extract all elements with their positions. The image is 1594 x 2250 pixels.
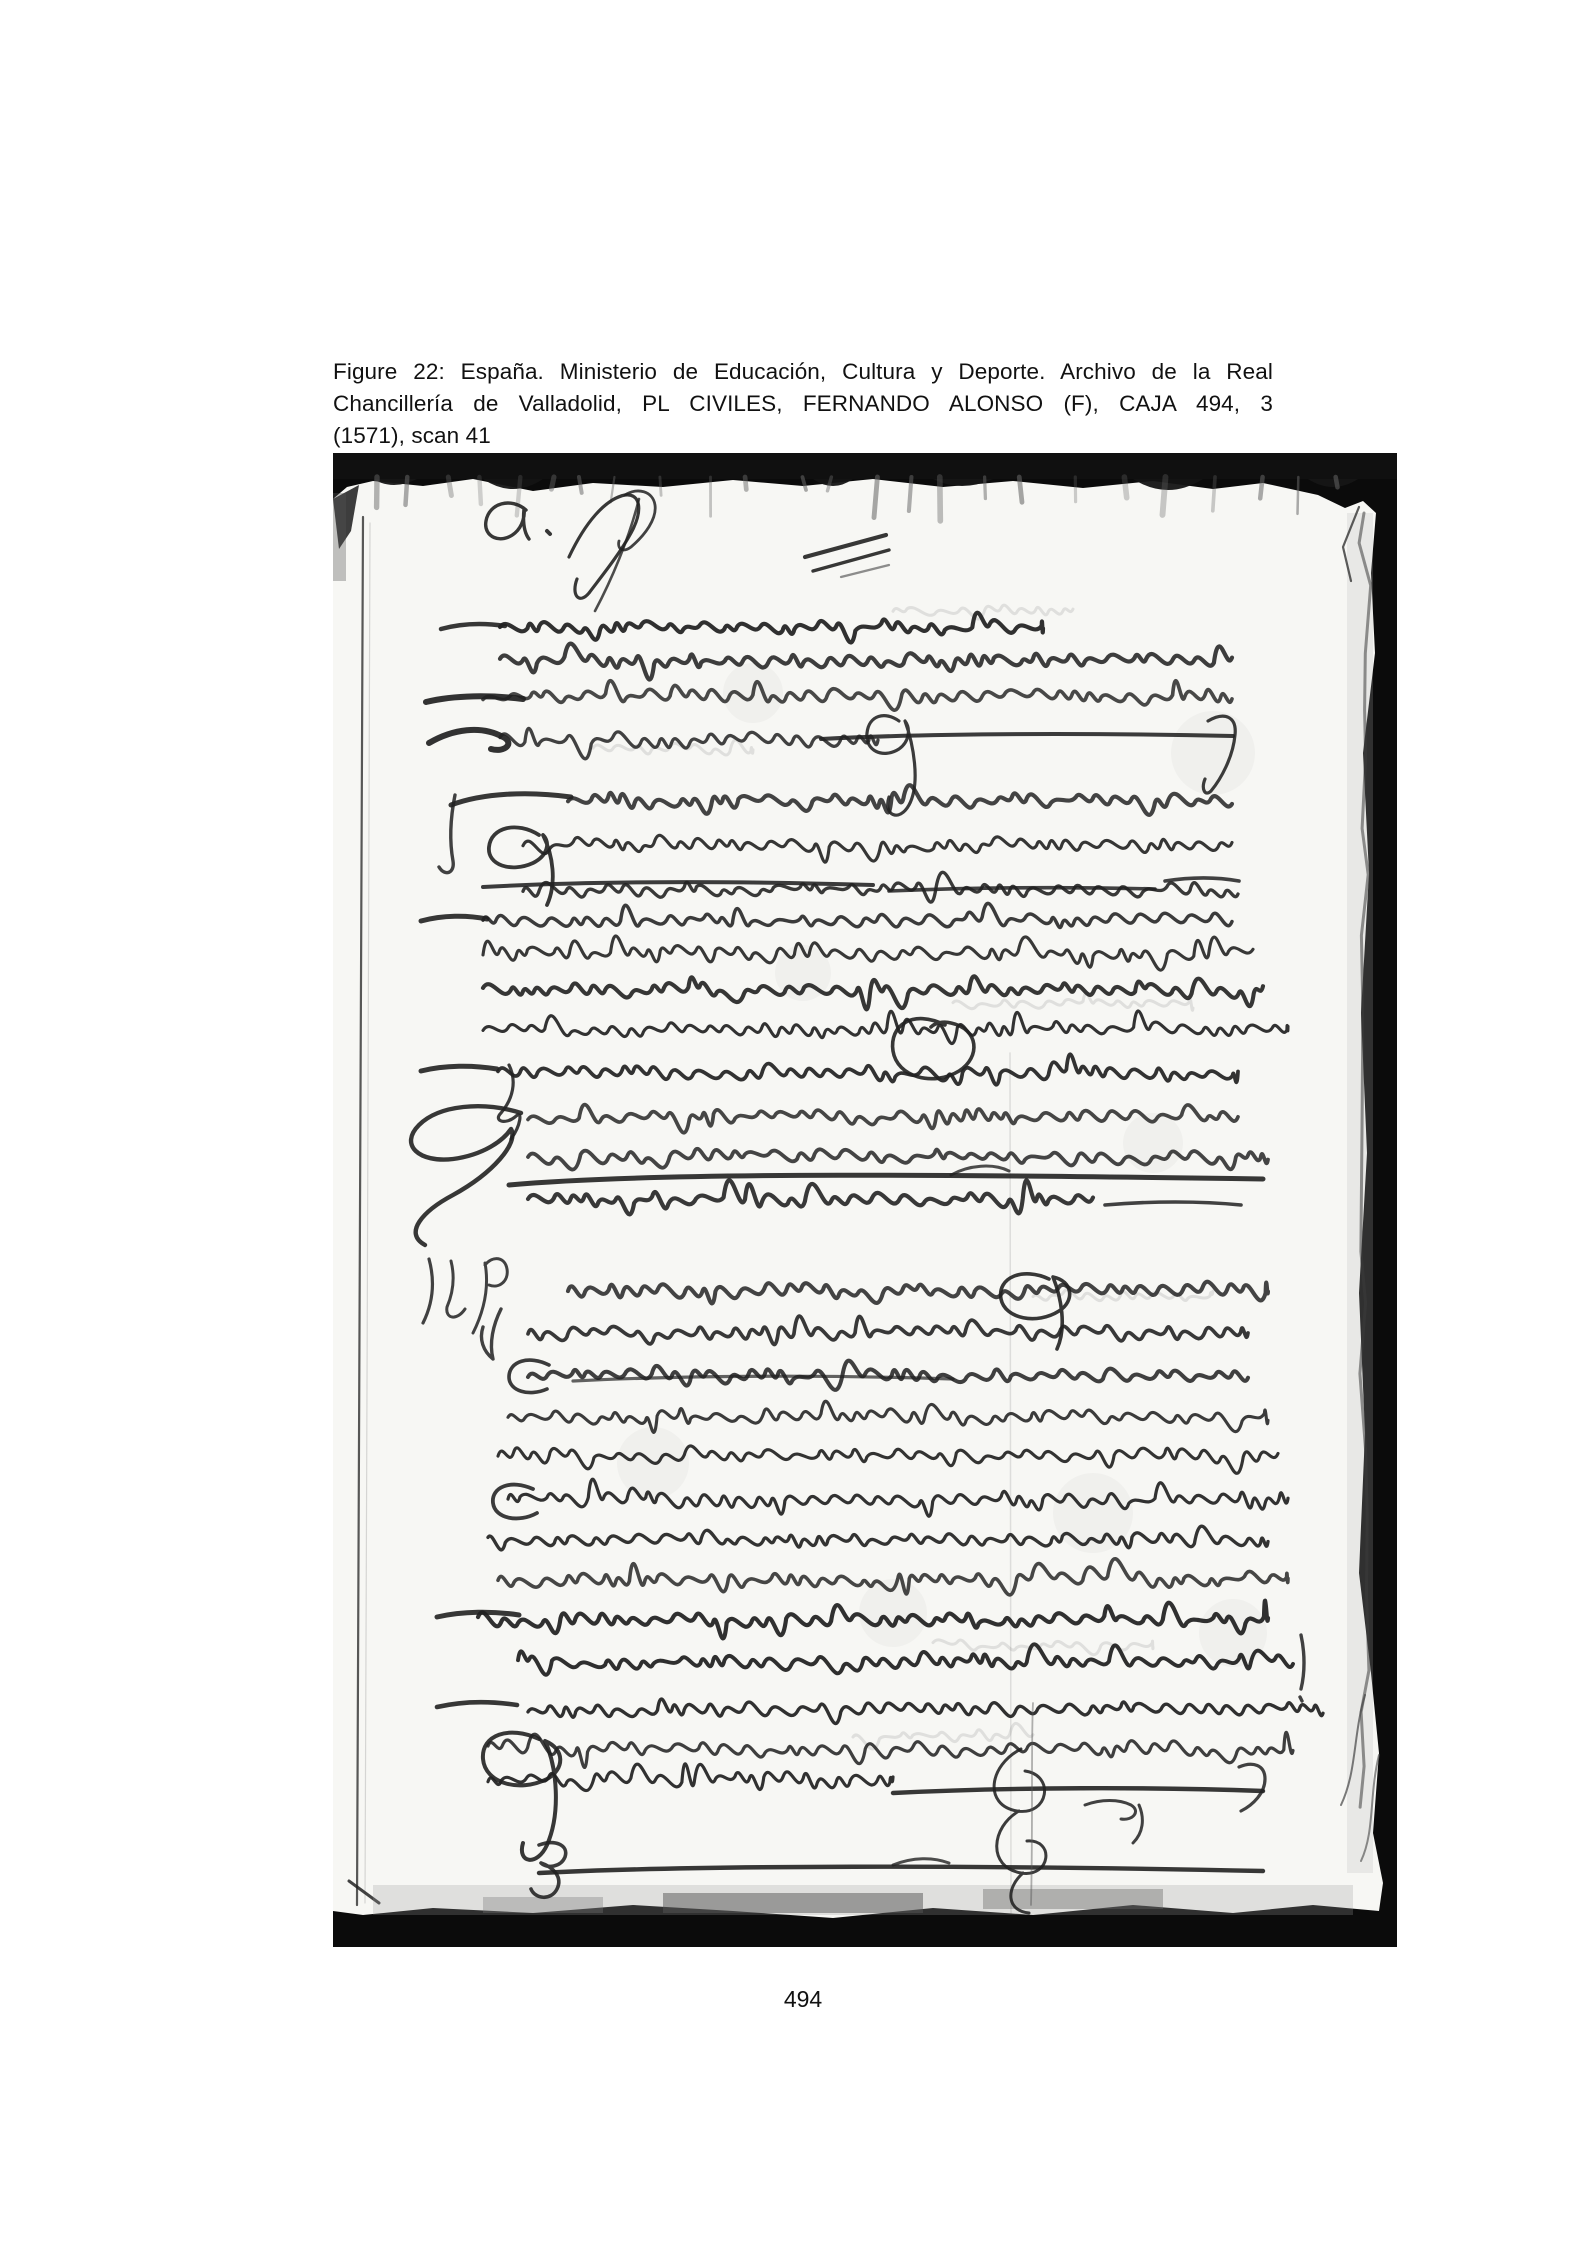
page-number: 494: [333, 1986, 1273, 2013]
figure-image: [333, 453, 1397, 1947]
figure-caption-line: (1571), scan 41: [333, 420, 1273, 452]
figure-caption-line: Figure 22: España. Ministerio de Educaci…: [333, 356, 1273, 388]
page: { "caption": { "lines": [ "Figure 22: Es…: [0, 0, 1594, 2250]
manuscript-scan: [333, 453, 1397, 1947]
figure-caption-line: Chancillería de Valladolid, PL CIVILES, …: [333, 388, 1273, 420]
figure-caption: Figure 22: España. Ministerio de Educaci…: [333, 356, 1273, 452]
